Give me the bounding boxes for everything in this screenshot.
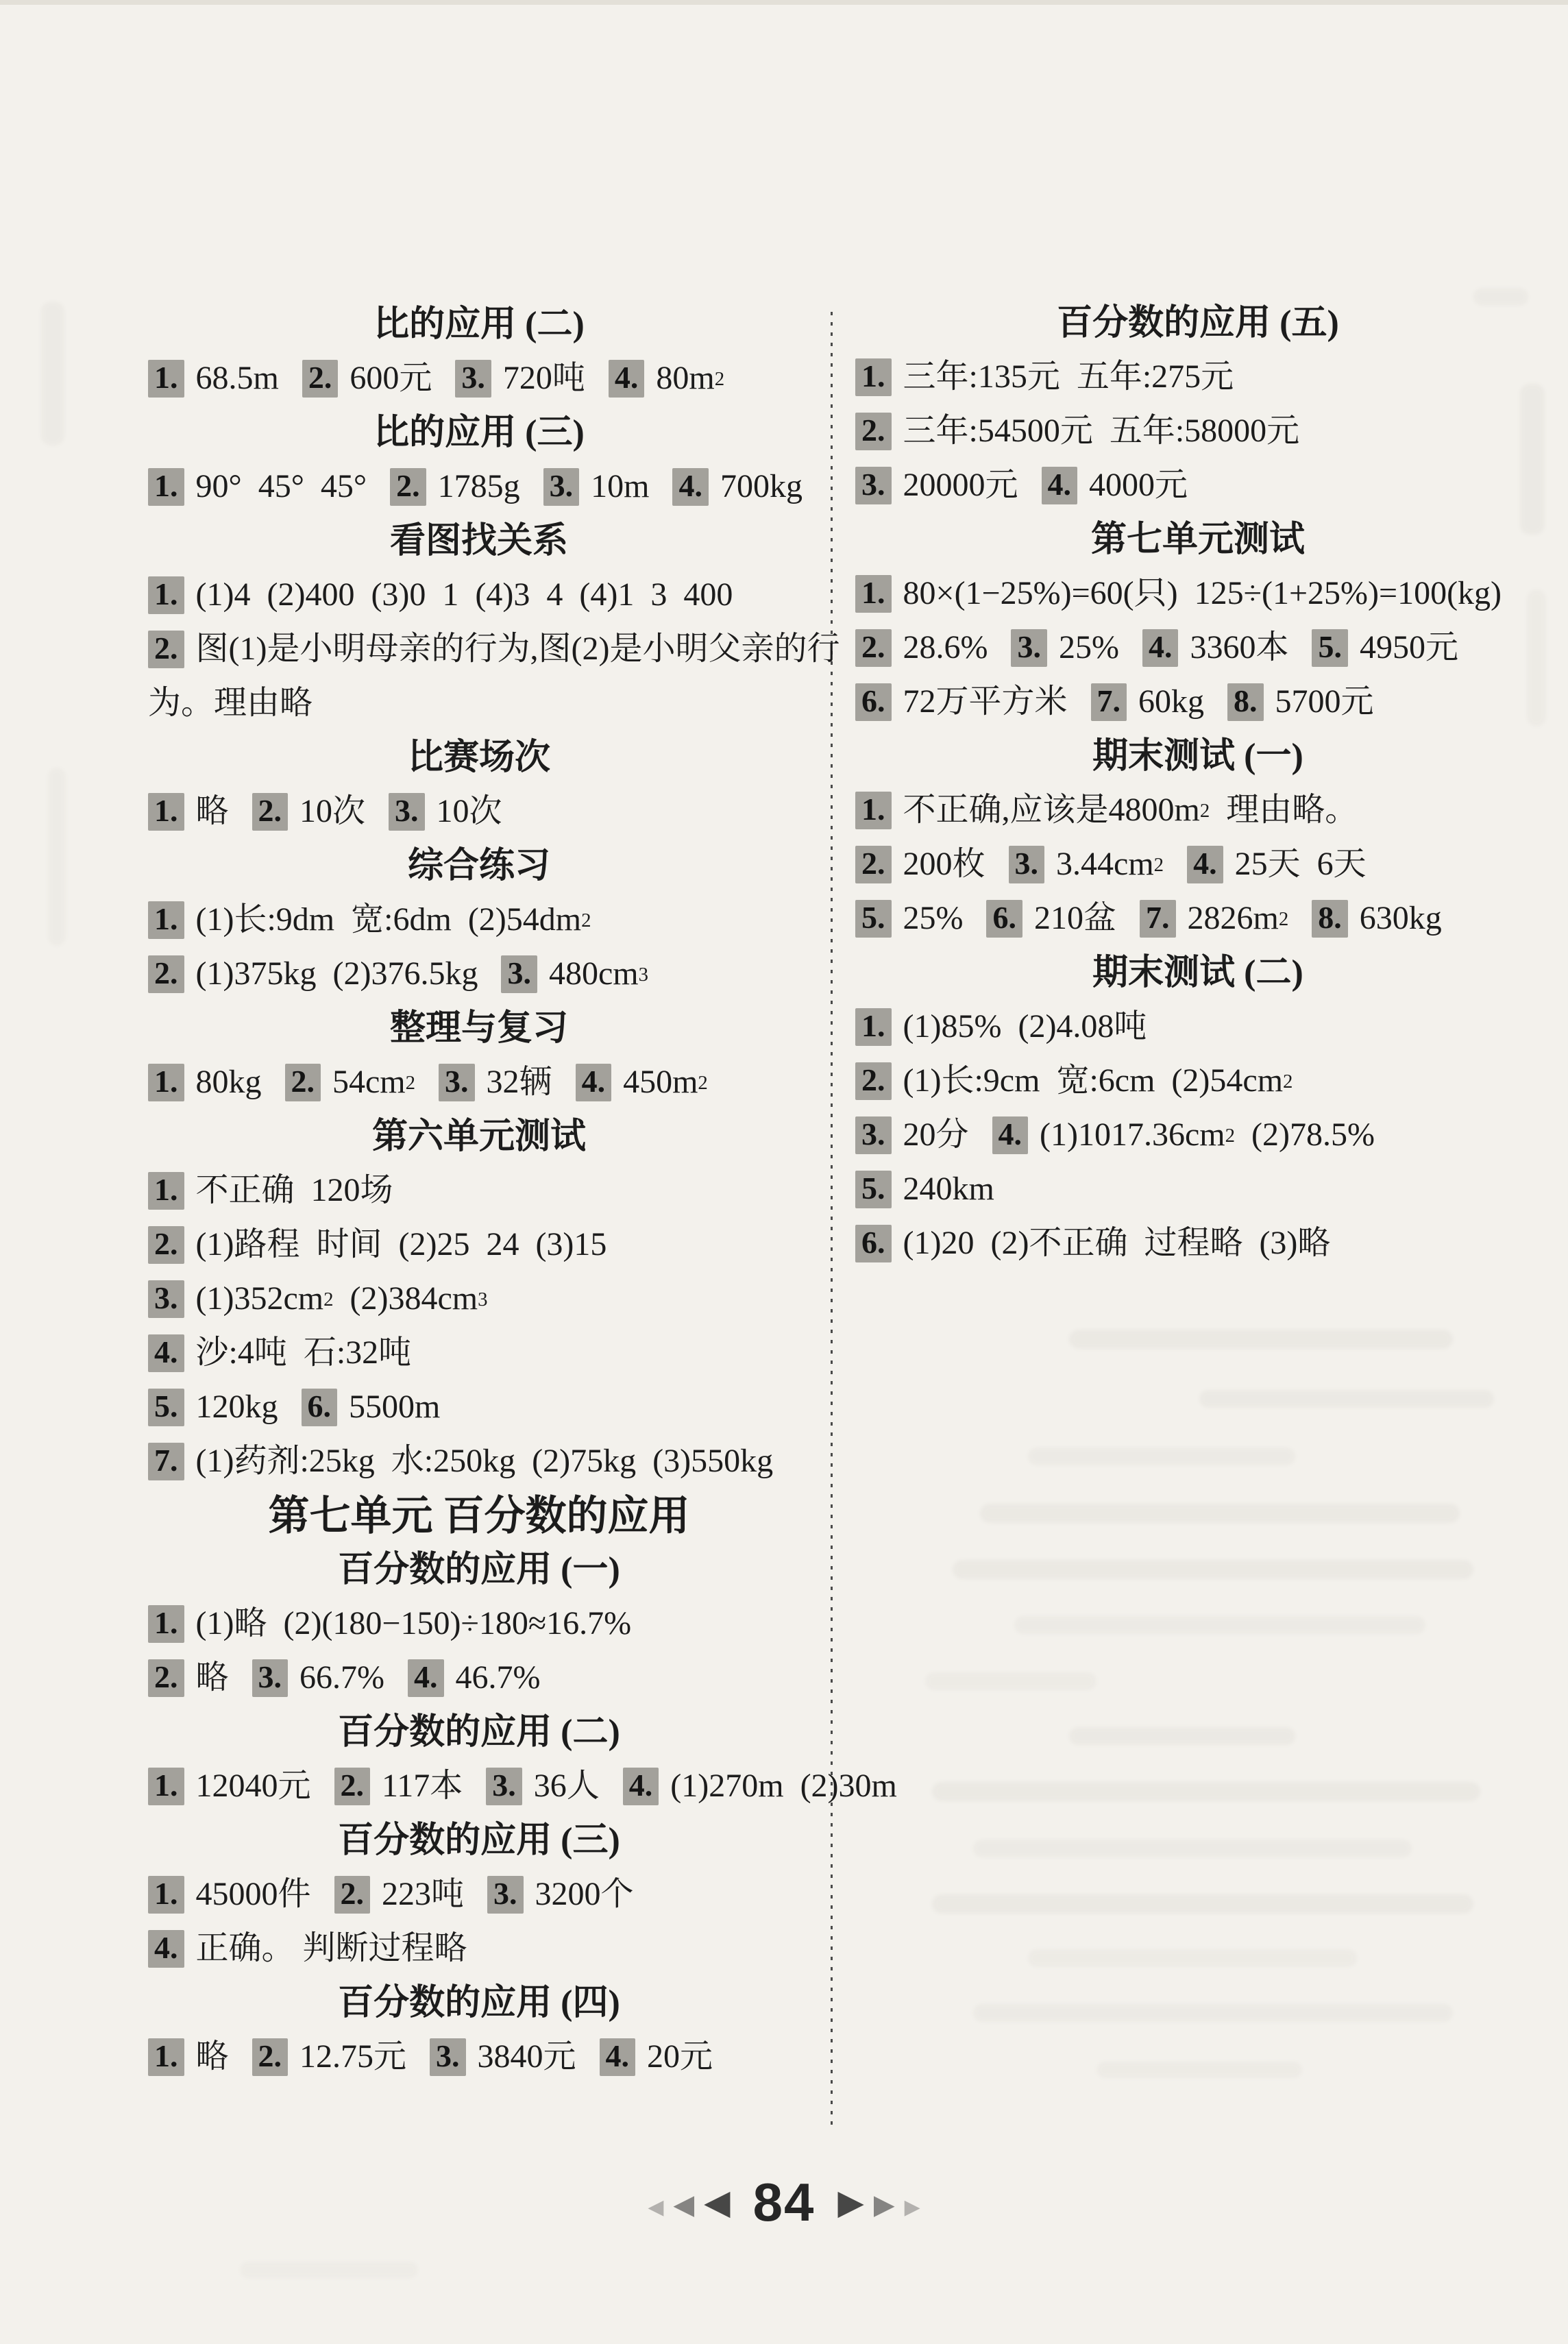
page-arrow-icon: ◀ bbox=[704, 2182, 730, 2222]
answer-number-badge: 3. bbox=[455, 360, 491, 398]
column-divider bbox=[831, 312, 833, 2128]
page-footer: ◀◀◀ 84 ▶▶▶ bbox=[0, 2171, 1568, 2233]
answer-number-badge: 7. bbox=[1140, 900, 1176, 938]
answer-number-badge: 8. bbox=[1227, 683, 1264, 721]
answer-text: 32辆 bbox=[487, 1064, 552, 1101]
answer-number-badge: 1. bbox=[148, 468, 184, 506]
answer-number-badge: 2. bbox=[390, 468, 426, 506]
answer-number-badge: 1. bbox=[148, 1605, 184, 1643]
answer-number-badge: 3. bbox=[252, 1659, 289, 1697]
page-arrow-icon: ▶ bbox=[874, 2189, 895, 2221]
answer-text: 450m bbox=[623, 1064, 698, 1101]
bleed-through-smudge bbox=[1069, 1727, 1295, 1745]
bleed-through-smudge bbox=[41, 302, 64, 445]
next-page-arrows-icon: ▶▶▶ bbox=[833, 2182, 924, 2222]
answer-text: 1785g bbox=[438, 469, 520, 505]
answer-line: 2.28.6%3.25%4.3360本5.4950元 bbox=[855, 621, 1541, 675]
answer-text: 720吨 bbox=[503, 361, 585, 397]
answer-text: 240km bbox=[903, 1171, 994, 1208]
answer-number-badge: 1. bbox=[855, 792, 892, 829]
answer-line: 1.80×(1−25%)=60(只) 125÷(1+25%)=100(kg) bbox=[855, 567, 1541, 621]
answer-number-badge: 3. bbox=[543, 468, 580, 506]
answer-text: 480cm bbox=[549, 956, 639, 992]
section-heading: 期末测试 (一) bbox=[855, 729, 1541, 783]
answer-text: 117本 bbox=[382, 1768, 463, 1805]
section-heading: 比的应用 (二) bbox=[148, 297, 810, 352]
answer-text: 略 bbox=[196, 2039, 229, 2075]
answer-line: 7.(1)药剂:25kg 水:250kg (2)75kg (3)550kg bbox=[148, 1435, 810, 1489]
answer-text: 28.6% bbox=[903, 630, 988, 666]
answer-text: 10m bbox=[591, 469, 649, 505]
answer-line: 6.(1)20 (2)不正确 过程略 (3)略 bbox=[855, 1217, 1541, 1271]
answer-number-badge: 2. bbox=[148, 955, 184, 993]
bleed-through-smudge bbox=[1028, 1949, 1357, 1967]
answer-number-badge: 1. bbox=[148, 1876, 184, 1914]
answer-number-badge: 5. bbox=[1312, 629, 1348, 667]
answer-text: (2)384cm bbox=[334, 1281, 478, 1317]
answer-text: (1)1017.36cm bbox=[1040, 1117, 1225, 1153]
answer-text: 理由略。 bbox=[1210, 792, 1358, 829]
answer-text: 72万平方米 bbox=[903, 684, 1068, 720]
answer-text: 120kg bbox=[196, 1389, 278, 1426]
page-top-edge bbox=[0, 0, 1568, 5]
section-heading: 综合练习 bbox=[148, 839, 810, 893]
answer-number-badge: 2. bbox=[855, 846, 892, 883]
answer-number-badge: 4. bbox=[672, 468, 709, 506]
right-column: 百分数的应用 (五)1.三年:135元 五年:275元2.三年:54500元 五… bbox=[855, 296, 1541, 1271]
answer-text: 12040元 bbox=[196, 1768, 311, 1805]
answer-text: 图(1)是小明母亲的行为,图(2)是小明父亲的行 bbox=[196, 631, 840, 668]
answer-text: 12.75元 bbox=[299, 2039, 406, 2075]
answer-line: 1.90° 45° 45°2.1785g3.10m4.700kg bbox=[148, 460, 810, 514]
answer-number-badge: 3. bbox=[439, 1064, 475, 1101]
answer-text: (1)4 (2)400 (3)0 1 (4)3 4 (4)1 3 400 bbox=[196, 577, 733, 613]
bleed-through-smudge bbox=[932, 1894, 1473, 1914]
answer-number-badge: 6. bbox=[302, 1389, 338, 1426]
answer-number-badge: 1. bbox=[148, 901, 184, 939]
answer-text: 20分 bbox=[903, 1117, 969, 1153]
answer-number-badge: 2. bbox=[302, 360, 339, 398]
answer-number-badge: 6. bbox=[986, 900, 1022, 938]
answer-line: 4.沙:4吨 石:32吨 bbox=[148, 1326, 810, 1380]
answer-text: 为。理由略 bbox=[148, 685, 313, 722]
answer-text: 80m bbox=[656, 361, 714, 397]
answer-text: (1)略 (2)(180−150)÷180≈16.7% bbox=[196, 1606, 632, 1642]
bleed-through-smudge bbox=[973, 2004, 1453, 2022]
answer-text: (1)路程 时间 (2)25 24 (3)15 bbox=[196, 1227, 607, 1263]
answer-text: 10次 bbox=[437, 794, 502, 830]
answer-number-badge: 3. bbox=[1009, 846, 1045, 883]
answer-line: 1.(1)85% (2)4.08吨 bbox=[855, 1000, 1541, 1054]
section-heading: 百分数的应用 (一) bbox=[148, 1543, 810, 1597]
answer-text: 66.7% bbox=[299, 1660, 384, 1696]
answer-text: 20000元 bbox=[903, 467, 1018, 504]
answer-number-badge: 2. bbox=[855, 1062, 892, 1100]
answer-number-badge: 8. bbox=[1312, 900, 1348, 938]
page-arrow-icon: ▶ bbox=[905, 2195, 920, 2219]
answer-number-badge: 4. bbox=[1042, 467, 1078, 504]
answer-text: 600元 bbox=[350, 361, 432, 397]
answer-number-badge: 2. bbox=[252, 2038, 289, 2076]
answer-text: 25% bbox=[903, 901, 964, 937]
answer-line-continuation: 为。理由略 bbox=[148, 676, 810, 731]
answer-number-badge: 1. bbox=[148, 1064, 184, 1101]
section-heading: 第六单元测试 bbox=[148, 1110, 810, 1164]
answer-text: 不正确,应该是4800m bbox=[903, 792, 1200, 829]
answer-number-badge: 3. bbox=[486, 1768, 522, 1805]
bleed-through-smudge bbox=[925, 1672, 1097, 1690]
section-heading: 百分数的应用 (三) bbox=[148, 1814, 810, 1868]
answer-text: 80×(1−25%)=60(只) 125÷(1+25%)=100(kg) bbox=[903, 576, 1502, 612]
answer-number-badge: 4. bbox=[609, 360, 645, 398]
answer-text: 700kg bbox=[720, 469, 803, 505]
answer-text: (1)352cm bbox=[196, 1281, 324, 1317]
answer-text: 略 bbox=[196, 1660, 229, 1696]
answer-text: (2)78.5% bbox=[1235, 1117, 1375, 1153]
answer-number-badge: 2. bbox=[855, 413, 892, 450]
answer-text: 25天 6天 bbox=[1235, 846, 1367, 883]
answer-line: 1.12040元2.117本3.36人4.(1)270m (2)30m bbox=[148, 1759, 810, 1814]
answer-text: (1)270m (2)30m bbox=[670, 1768, 897, 1805]
answer-text: 3840元 bbox=[478, 2039, 576, 2075]
answer-text: 3200个 bbox=[535, 1877, 634, 1913]
answer-number-badge: 1. bbox=[855, 1008, 892, 1046]
answer-text: 20元 bbox=[647, 2039, 713, 2075]
answer-line: 6.72万平方米7.60kg8.5700元 bbox=[855, 675, 1541, 729]
page-arrow-icon: ◀ bbox=[673, 2189, 694, 2221]
answer-number-badge: 4. bbox=[148, 1930, 184, 1968]
bleed-through-smudge bbox=[953, 1560, 1473, 1579]
answer-number-badge: 4. bbox=[408, 1659, 444, 1697]
answer-text: 3.44cm bbox=[1056, 846, 1154, 883]
answer-number-badge: 1. bbox=[148, 1768, 184, 1805]
answer-number-badge: 2. bbox=[855, 629, 892, 667]
answer-text: 不正确 120场 bbox=[196, 1173, 393, 1209]
answer-number-badge: 3. bbox=[501, 955, 537, 993]
bleed-through-smudge bbox=[932, 1782, 1480, 1801]
answer-text: 80kg bbox=[196, 1064, 262, 1101]
answer-number-badge: 1. bbox=[148, 360, 184, 398]
answer-text: 5500m bbox=[349, 1389, 440, 1426]
answer-number-badge: 2. bbox=[148, 1226, 184, 1264]
unit-heading: 第七单元 百分数的应用 bbox=[148, 1489, 810, 1543]
answer-number-badge: 3. bbox=[148, 1280, 184, 1318]
answer-number-badge: 5. bbox=[148, 1389, 184, 1426]
answer-number-badge: 2. bbox=[285, 1064, 321, 1101]
bleed-through-smudge bbox=[973, 1840, 1412, 1857]
answer-text: 三年:54500元 五年:58000元 bbox=[903, 413, 1300, 450]
answer-text: 210盆 bbox=[1034, 901, 1116, 937]
answer-text: 630kg bbox=[1360, 901, 1442, 937]
answer-text: (1)药剂:25kg 水:250kg (2)75kg (3)550kg bbox=[196, 1443, 774, 1480]
answer-text: 10次 bbox=[299, 794, 365, 830]
answer-number-badge: 4. bbox=[148, 1334, 184, 1372]
bleed-through-smudge bbox=[48, 768, 66, 946]
answer-text: 200枚 bbox=[903, 846, 985, 883]
answer-number-badge: 4. bbox=[576, 1064, 612, 1101]
answer-text: 60kg bbox=[1138, 684, 1204, 720]
answer-text: 正确。 判断过程略 bbox=[196, 1931, 467, 1967]
answer-number-badge: 2. bbox=[148, 631, 184, 668]
answer-number-badge: 4. bbox=[992, 1116, 1029, 1154]
answer-text: 3360本 bbox=[1190, 630, 1288, 666]
answer-line: 1.略2.12.75元3.3840元4.20元 bbox=[148, 2030, 810, 2084]
answer-line: 1.45000件2.223吨3.3200个 bbox=[148, 1868, 810, 1922]
answer-text: 223吨 bbox=[382, 1877, 464, 1913]
answer-number-badge: 1. bbox=[148, 1172, 184, 1210]
answer-text: 45000件 bbox=[196, 1877, 311, 1913]
answer-number-badge: 1. bbox=[855, 575, 892, 613]
answer-line: 5.120kg6.5500m bbox=[148, 1380, 810, 1435]
section-heading: 比赛场次 bbox=[148, 731, 810, 785]
answer-line: 1.80kg2.54cm23.32辆4.450m2 bbox=[148, 1055, 810, 1110]
answer-number-badge: 3. bbox=[1011, 629, 1047, 667]
answer-line: 2.200枚3.3.44cm24.25天 6天 bbox=[855, 838, 1541, 892]
answer-sheet-page: { "footer": { "page_number": "84", "left… bbox=[0, 0, 1568, 2344]
answer-text: 4000元 bbox=[1089, 467, 1188, 504]
answer-text: 36人 bbox=[534, 1768, 600, 1805]
answer-line: 2.图(1)是小明母亲的行为,图(2)是小明父亲的行 bbox=[148, 622, 810, 676]
answer-number-badge: 3. bbox=[389, 793, 425, 831]
answer-line: 1.略2.10次3.10次 bbox=[148, 785, 810, 839]
answer-number-badge: 2. bbox=[334, 1768, 371, 1805]
answer-number-badge: 1. bbox=[148, 2038, 184, 2076]
answer-line: 3.20000元4.4000元 bbox=[855, 459, 1541, 513]
answer-number-badge: 3. bbox=[487, 1876, 524, 1914]
answer-number-badge: 4. bbox=[600, 2038, 636, 2076]
answer-line: 2.略3.66.7%4.46.7% bbox=[148, 1651, 810, 1705]
section-heading: 比的应用 (三) bbox=[148, 406, 810, 460]
answer-number-badge: 3. bbox=[855, 1116, 892, 1154]
bleed-through-smudge bbox=[1069, 1330, 1453, 1349]
answer-number-badge: 2. bbox=[148, 1659, 184, 1697]
answer-text: 沙:4吨 石:32吨 bbox=[196, 1335, 412, 1371]
answer-line: 1.(1)略 (2)(180−150)÷180≈16.7% bbox=[148, 1597, 810, 1651]
page-number: 84 bbox=[753, 2171, 816, 2234]
bleed-through-smudge bbox=[980, 1504, 1460, 1523]
answer-number-badge: 4. bbox=[1187, 846, 1223, 883]
section-heading: 百分数的应用 (五) bbox=[855, 296, 1541, 350]
answer-text: 68.5m bbox=[196, 361, 279, 397]
answer-number-badge: 3. bbox=[855, 467, 892, 504]
answer-text: 25% bbox=[1059, 630, 1119, 666]
answer-line: 1.不正确,应该是4800m2 理由略。 bbox=[855, 783, 1541, 838]
answer-line: 3.20分4.(1)1017.36cm2 (2)78.5% bbox=[855, 1108, 1541, 1162]
answer-number-badge: 5. bbox=[855, 900, 892, 938]
answer-line: 2.(1)长:9cm 宽:6cm (2)54cm2 bbox=[855, 1054, 1541, 1108]
answer-text: 三年:135元 五年:275元 bbox=[903, 359, 1234, 395]
answer-number-badge: 2. bbox=[334, 1876, 371, 1914]
answer-line: 2.三年:54500元 五年:58000元 bbox=[855, 404, 1541, 459]
answer-number-badge: 3. bbox=[430, 2038, 466, 2076]
answer-number-badge: 6. bbox=[855, 1225, 892, 1262]
prev-page-arrows-icon: ◀◀◀ bbox=[643, 2182, 735, 2222]
answer-line: 4.正确。 判断过程略 bbox=[148, 1922, 810, 1976]
section-heading: 第七单元测试 bbox=[855, 513, 1541, 567]
answer-text: 54cm bbox=[332, 1064, 406, 1101]
answer-line: 1.不正确 120场 bbox=[148, 1164, 810, 1218]
answer-text: 2826m bbox=[1188, 901, 1279, 937]
answer-text: 5700元 bbox=[1275, 684, 1374, 720]
answer-line: 3.(1)352cm2 (2)384cm3 bbox=[148, 1272, 810, 1326]
answer-text: 略 bbox=[196, 794, 229, 830]
answer-text: (1)85% (2)4.08吨 bbox=[903, 1009, 1147, 1045]
bleed-through-smudge bbox=[1199, 1390, 1494, 1408]
answer-text: (1)长:9dm 宽:6dm (2)54dm bbox=[196, 902, 582, 938]
answer-number-badge: 7. bbox=[1091, 683, 1127, 721]
answer-number-badge: 1. bbox=[855, 358, 892, 396]
answer-text: 4950元 bbox=[1360, 630, 1458, 666]
answer-number-badge: 5. bbox=[855, 1171, 892, 1208]
answer-number-badge: 1. bbox=[148, 793, 184, 831]
section-heading: 整理与复习 bbox=[148, 1001, 810, 1055]
answer-number-badge: 4. bbox=[1142, 629, 1179, 667]
answer-text: (1)375kg (2)376.5kg bbox=[196, 956, 478, 992]
section-heading: 看图找关系 bbox=[148, 514, 810, 568]
left-column: 比的应用 (二)1.68.5m2.600元3.720吨4.80m2比的应用 (三… bbox=[148, 297, 810, 2084]
section-heading: 期末测试 (二) bbox=[855, 946, 1541, 1000]
answer-line: 1.(1)长:9dm 宽:6dm (2)54dm2 bbox=[148, 893, 810, 947]
answer-text: (1)长:9cm 宽:6cm (2)54cm bbox=[903, 1063, 1284, 1099]
bleed-through-smudge bbox=[1014, 1616, 1425, 1634]
answer-text: (1)20 (2)不正确 过程略 (3)略 bbox=[903, 1225, 1331, 1262]
bleed-through-smudge bbox=[1028, 1448, 1295, 1465]
page-arrow-icon: ◀ bbox=[648, 2195, 663, 2219]
answer-line: 1.三年:135元 五年:275元 bbox=[855, 350, 1541, 404]
page-arrow-icon: ▶ bbox=[837, 2182, 863, 2222]
bleed-through-smudge bbox=[1097, 2062, 1302, 2078]
section-heading: 百分数的应用 (二) bbox=[148, 1705, 810, 1759]
answer-number-badge: 7. bbox=[148, 1443, 184, 1480]
answer-line: 5.240km bbox=[855, 1162, 1541, 1217]
bleed-through-smudge bbox=[240, 2262, 418, 2278]
answer-line: 2.(1)375kg (2)376.5kg3.480cm3 bbox=[148, 947, 810, 1001]
answer-number-badge: 1. bbox=[148, 576, 184, 614]
answer-text: 90° 45° 45° bbox=[196, 469, 367, 505]
answer-line: 1.68.5m2.600元3.720吨4.80m2 bbox=[148, 352, 810, 406]
answer-line: 1.(1)4 (2)400 (3)0 1 (4)3 4 (4)1 3 400 bbox=[148, 568, 810, 622]
answer-number-badge: 6. bbox=[855, 683, 892, 721]
answer-number-badge: 4. bbox=[623, 1768, 659, 1805]
section-heading: 百分数的应用 (四) bbox=[148, 1976, 810, 2030]
answer-number-badge: 2. bbox=[252, 793, 289, 831]
answer-line: 2.(1)路程 时间 (2)25 24 (3)15 bbox=[148, 1218, 810, 1272]
answer-text: 46.7% bbox=[456, 1660, 541, 1696]
answer-line: 5.25%6.210盆7.2826m28.630kg bbox=[855, 892, 1541, 946]
